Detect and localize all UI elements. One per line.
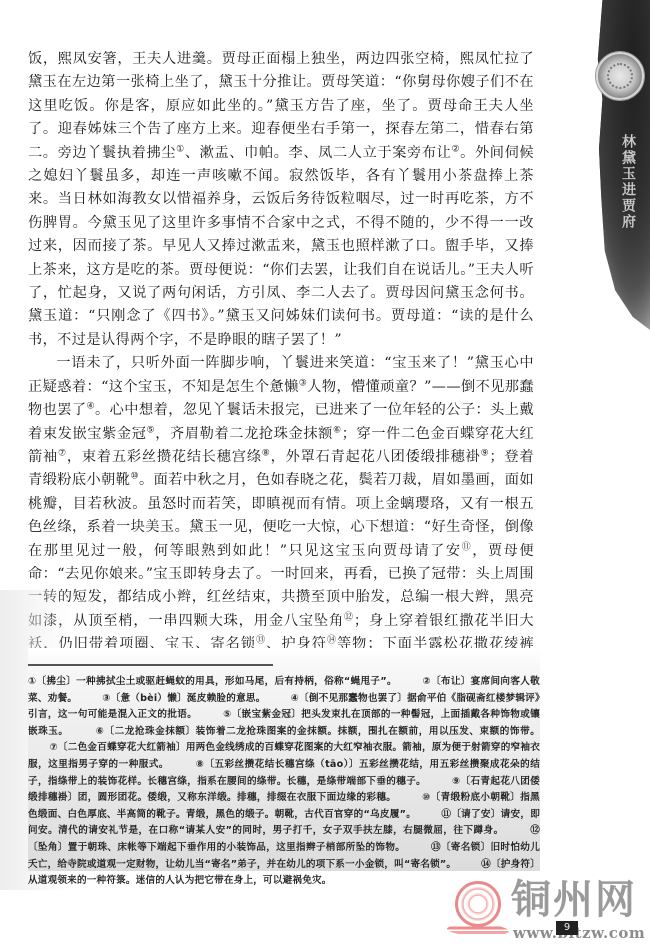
footnote-6: ⑥〔二龙抢珠金抹额〕装饰着二龙抢珠图案的金抹额。抹额，围扎在额前，用以压发、束额… — [72, 726, 540, 737]
footnote-marker: ⑦ — [58, 448, 67, 458]
paragraph: 饭，熙凤安箸，王夫人进羹。贾母正面榻上独坐，两边四张空椅，熙凤忙拉了黛玉在左边第… — [28, 48, 534, 352]
footnote-1: ①〔拂尘〕一种拂拭尘土或驱赶蝇蚊的用具，形如马尾，后有持柄，俗称“蝇甩子”。 — [28, 676, 397, 687]
watermark: 铜州网 www.bitzw.com — [455, 878, 650, 950]
watermark-logo-icon — [455, 881, 501, 927]
book-page: 林黛玉进贾府 饭，熙凤安箸，王夫人进羹。贾母正面榻上独坐，两边四张空椅，熙凤忙拉… — [0, 0, 650, 950]
main-text: 饭，熙凤安箸，王夫人进羹。贾母正面榻上独坐，两边四张空椅，熙凤忙拉了黛玉在左边第… — [28, 48, 534, 680]
footnote-marker: ③ — [299, 378, 308, 388]
footnote-marker: ⑬ — [256, 635, 266, 645]
footnote-marker: ⑫ — [344, 612, 354, 622]
footnote-marker: ⑥ — [333, 425, 342, 435]
chapter-title-vertical: 林黛玉进贾府 — [618, 134, 638, 230]
paragraph: 一语未了，只听外面一阵脚步响，丫鬟进来笑道：“宝玉来了！”黛玉心中正疑惑着：“这… — [28, 352, 534, 680]
footnote-marker: ⑩ — [130, 472, 139, 482]
watermark-ribbon-icon — [447, 924, 509, 936]
footnote-marker: ⑧ — [262, 448, 271, 458]
footnote-divider — [28, 664, 273, 666]
watermark-name: 铜州网 — [511, 876, 637, 924]
round-seal-icon — [596, 52, 644, 100]
footnote-marker: ① — [176, 144, 185, 154]
footnote-marker: ⑪ — [462, 542, 473, 552]
watermark-url: www.bitzw.com — [513, 924, 645, 942]
footnote-marker: ⑭ — [327, 635, 337, 645]
footnote-marker: ② — [451, 144, 460, 154]
footnote-marker: ⑨ — [481, 448, 490, 458]
footnotes: ①〔拂尘〕一种拂拭尘土或驱赶蝇蚊的用具，形如马尾，后有持柄，俗称“蝇甩子”。 ②… — [28, 674, 540, 890]
footnote-3: ③〔惫（bèi）懒〕涎皮赖脸的意思。 — [81, 693, 266, 704]
page-number: 9 — [556, 921, 578, 935]
footnote-marker: ④ — [87, 401, 96, 411]
footnote-marker: ⑤ — [147, 425, 156, 435]
